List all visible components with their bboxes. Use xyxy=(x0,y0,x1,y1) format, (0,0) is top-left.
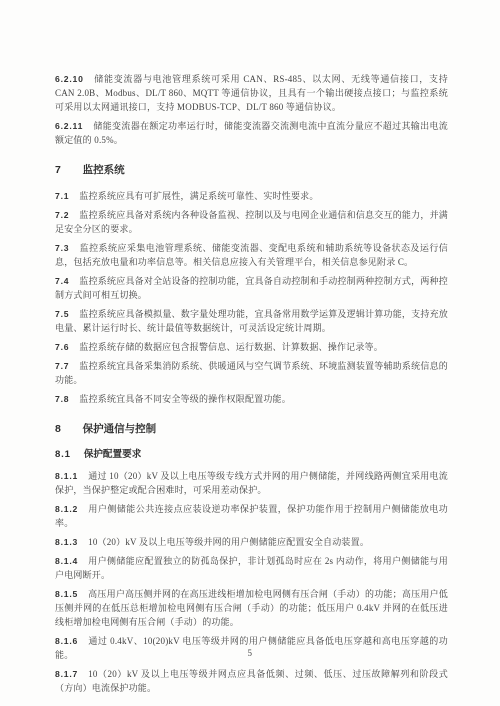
clause-7.3: 7.3监控系统应采集电池管理系统、储能变流器、变配电系统和辅助系统等设备状态及运… xyxy=(55,241,448,269)
heading-number: 8 xyxy=(55,423,62,435)
clause-text: 监控系统宜具备采集消防系统、供暖通风与空气调节系统、环境监测装置等辅助系统信息的… xyxy=(55,361,448,385)
section-heading-7: 7监控系统 xyxy=(55,163,448,178)
clause-7.5: 7.5监控系统应具备模拟量、数字量处理功能，宜具备常用数学运算及逻辑计算功能，支… xyxy=(55,307,448,335)
clause-text: 通过 10（20）kV 及以上电压等级专线方式并网的用户侧储能，并网线路两侧宜采… xyxy=(55,471,448,495)
heading-text: 保护配置要求 xyxy=(84,449,142,460)
section-heading-8.1: 8.1保护配置要求 xyxy=(55,448,448,462)
clause-8.1.3: 8.1.310（20）kV 及以上电压等级并网的用户侧储能应配置安全自动装置。 xyxy=(55,535,448,549)
document-page: 6.2.10储能变流器与电池管理系统可采用 CAN、RS-485、以太网、无线等… xyxy=(0,0,500,706)
clause-text: 监控系统宜具备不同安全等级的操作权限配置功能。 xyxy=(79,394,291,404)
clause-number: 7.6 xyxy=(55,342,69,352)
clause-8.1.4: 8.1.4用户侧储能应配置独立的防孤岛保护，非计划孤岛时应在 2s 内动作，将用… xyxy=(55,554,448,582)
clause-text: 监控系统应采集电池管理系统、储能变流器、变配电系统和辅助系统等设备状态及运行信息… xyxy=(55,243,448,267)
clause-8.1.1: 8.1.1通过 10（20）kV 及以上电压等级专线方式并网的用户侧储能，并网线… xyxy=(55,469,448,497)
clause-6.2.11: 6.2.11储能变流器在额定功率运行时，储能变流器交流测电流中直流分量应不超过其… xyxy=(55,119,448,147)
clause-number: 6.2.10 xyxy=(55,74,84,84)
clause-text: 用户侧储能公共连接点应装设逆功率保护装置，保护功能作用于控制用户侧储能放电功率。 xyxy=(55,504,448,528)
clause-8.1.5: 8.1.5高压用户高压侧并网的在高压进线柜增加检电网侧有压合闸（手动）的功能；高… xyxy=(55,587,448,629)
clause-text: 10（20）kV 及以上电压等级并网的用户侧储能应配置安全自动装置。 xyxy=(88,537,369,547)
clause-number: 7.1 xyxy=(55,191,69,201)
clause-text: 储能变流器与电池管理系统可采用 CAN、RS-485、以太网、无线等通信接口，支… xyxy=(55,74,448,112)
clause-number: 7.7 xyxy=(55,361,69,371)
clause-number: 7.5 xyxy=(55,309,69,319)
clause-number: 7.4 xyxy=(55,276,69,286)
clause-number: 7.8 xyxy=(55,394,69,404)
clause-7.8: 7.8监控系统宜具备不同安全等级的操作权限配置功能。 xyxy=(55,392,448,406)
clause-text: 监控系统应具有可扩展性，满足系统可靠性、实时性要求。 xyxy=(79,191,318,201)
clause-7.4: 7.4监控系统应具备对全站设备的控制功能，宜具备自动控制和手动控制两种控制方式，… xyxy=(55,274,448,302)
clause-7.1: 7.1监控系统应具有可扩展性，满足系统可靠性、实时性要求。 xyxy=(55,189,448,203)
clause-number: 8.1.5 xyxy=(55,589,78,599)
clause-number: 8.1.4 xyxy=(55,556,78,566)
clause-7.6: 7.6监控系统存储的数据应包含报警信息、运行数据、计算数据、操作记录等。 xyxy=(55,340,448,354)
heading-number: 7 xyxy=(55,164,62,176)
heading-text: 保护通信与控制 xyxy=(83,423,157,435)
page-number: 5 xyxy=(0,648,500,658)
clause-number: 8.1.3 xyxy=(55,537,78,547)
clause-number: 8.1.2 xyxy=(55,504,78,514)
clause-number: 7.3 xyxy=(55,243,69,253)
clause-text: 监控系统应具备对系统内各种设备监视、控制以及与电网企业通信和信息交互的能力，并满… xyxy=(55,210,448,234)
heading-number: 8.1 xyxy=(55,449,71,460)
clause-text: 高压用户高压侧并网的在高压进线柜增加检电网侧有压合闸（手动）的功能；高压用户低压… xyxy=(55,589,448,627)
section-heading-8: 8保护通信与控制 xyxy=(55,422,448,437)
clause-text: 监控系统应具备对全站设备的控制功能，宜具备自动控制和手动控制两种控制方式，两种控… xyxy=(55,276,448,300)
clause-7.2: 7.2监控系统应具备对系统内各种设备监视、控制以及与电网企业通信和信息交互的能力… xyxy=(55,208,448,236)
clause-text: 监控系统应具备模拟量、数字量处理功能，宜具备常用数学运算及逻辑计算功能，支持充放… xyxy=(55,309,448,333)
clause-text: 监控系统存储的数据应包含报警信息、运行数据、计算数据、操作记录等。 xyxy=(79,342,383,352)
clause-text: 10（20）kV 及以上电压等级并网点应具备低频、过频、低压、过压故障解列和阶段… xyxy=(55,669,448,693)
clause-number: 7.2 xyxy=(55,210,69,220)
clause-text: 用户侧储能应配置独立的防孤岛保护，非计划孤岛时应在 2s 内动作，将用户侧储能与… xyxy=(55,556,448,580)
clause-text: 储能变流器在额定功率运行时，储能变流器交流测电流中直流分量应不超过其输出电流额定… xyxy=(55,121,448,145)
clause-number: 8.1.1 xyxy=(55,471,78,481)
page-content: 6.2.10储能变流器与电池管理系统可采用 CAN、RS-485、以太网、无线等… xyxy=(55,72,448,700)
clause-number: 6.2.11 xyxy=(55,121,83,131)
clause-7.7: 7.7监控系统宜具备采集消防系统、供暖通风与空气调节系统、环境监测装置等辅助系统… xyxy=(55,359,448,387)
clause-6.2.10: 6.2.10储能变流器与电池管理系统可采用 CAN、RS-485、以太网、无线等… xyxy=(55,72,448,114)
clause-8.1.7: 8.1.710（20）kV 及以上电压等级并网点应具备低频、过频、低压、过压故障… xyxy=(55,667,448,695)
clause-number: 8.1.6 xyxy=(55,636,78,646)
clause-number: 8.1.7 xyxy=(55,669,78,679)
heading-text: 监控系统 xyxy=(83,164,125,176)
clause-8.1.2: 8.1.2用户侧储能公共连接点应装设逆功率保护装置，保护功能作用于控制用户侧储能… xyxy=(55,502,448,530)
